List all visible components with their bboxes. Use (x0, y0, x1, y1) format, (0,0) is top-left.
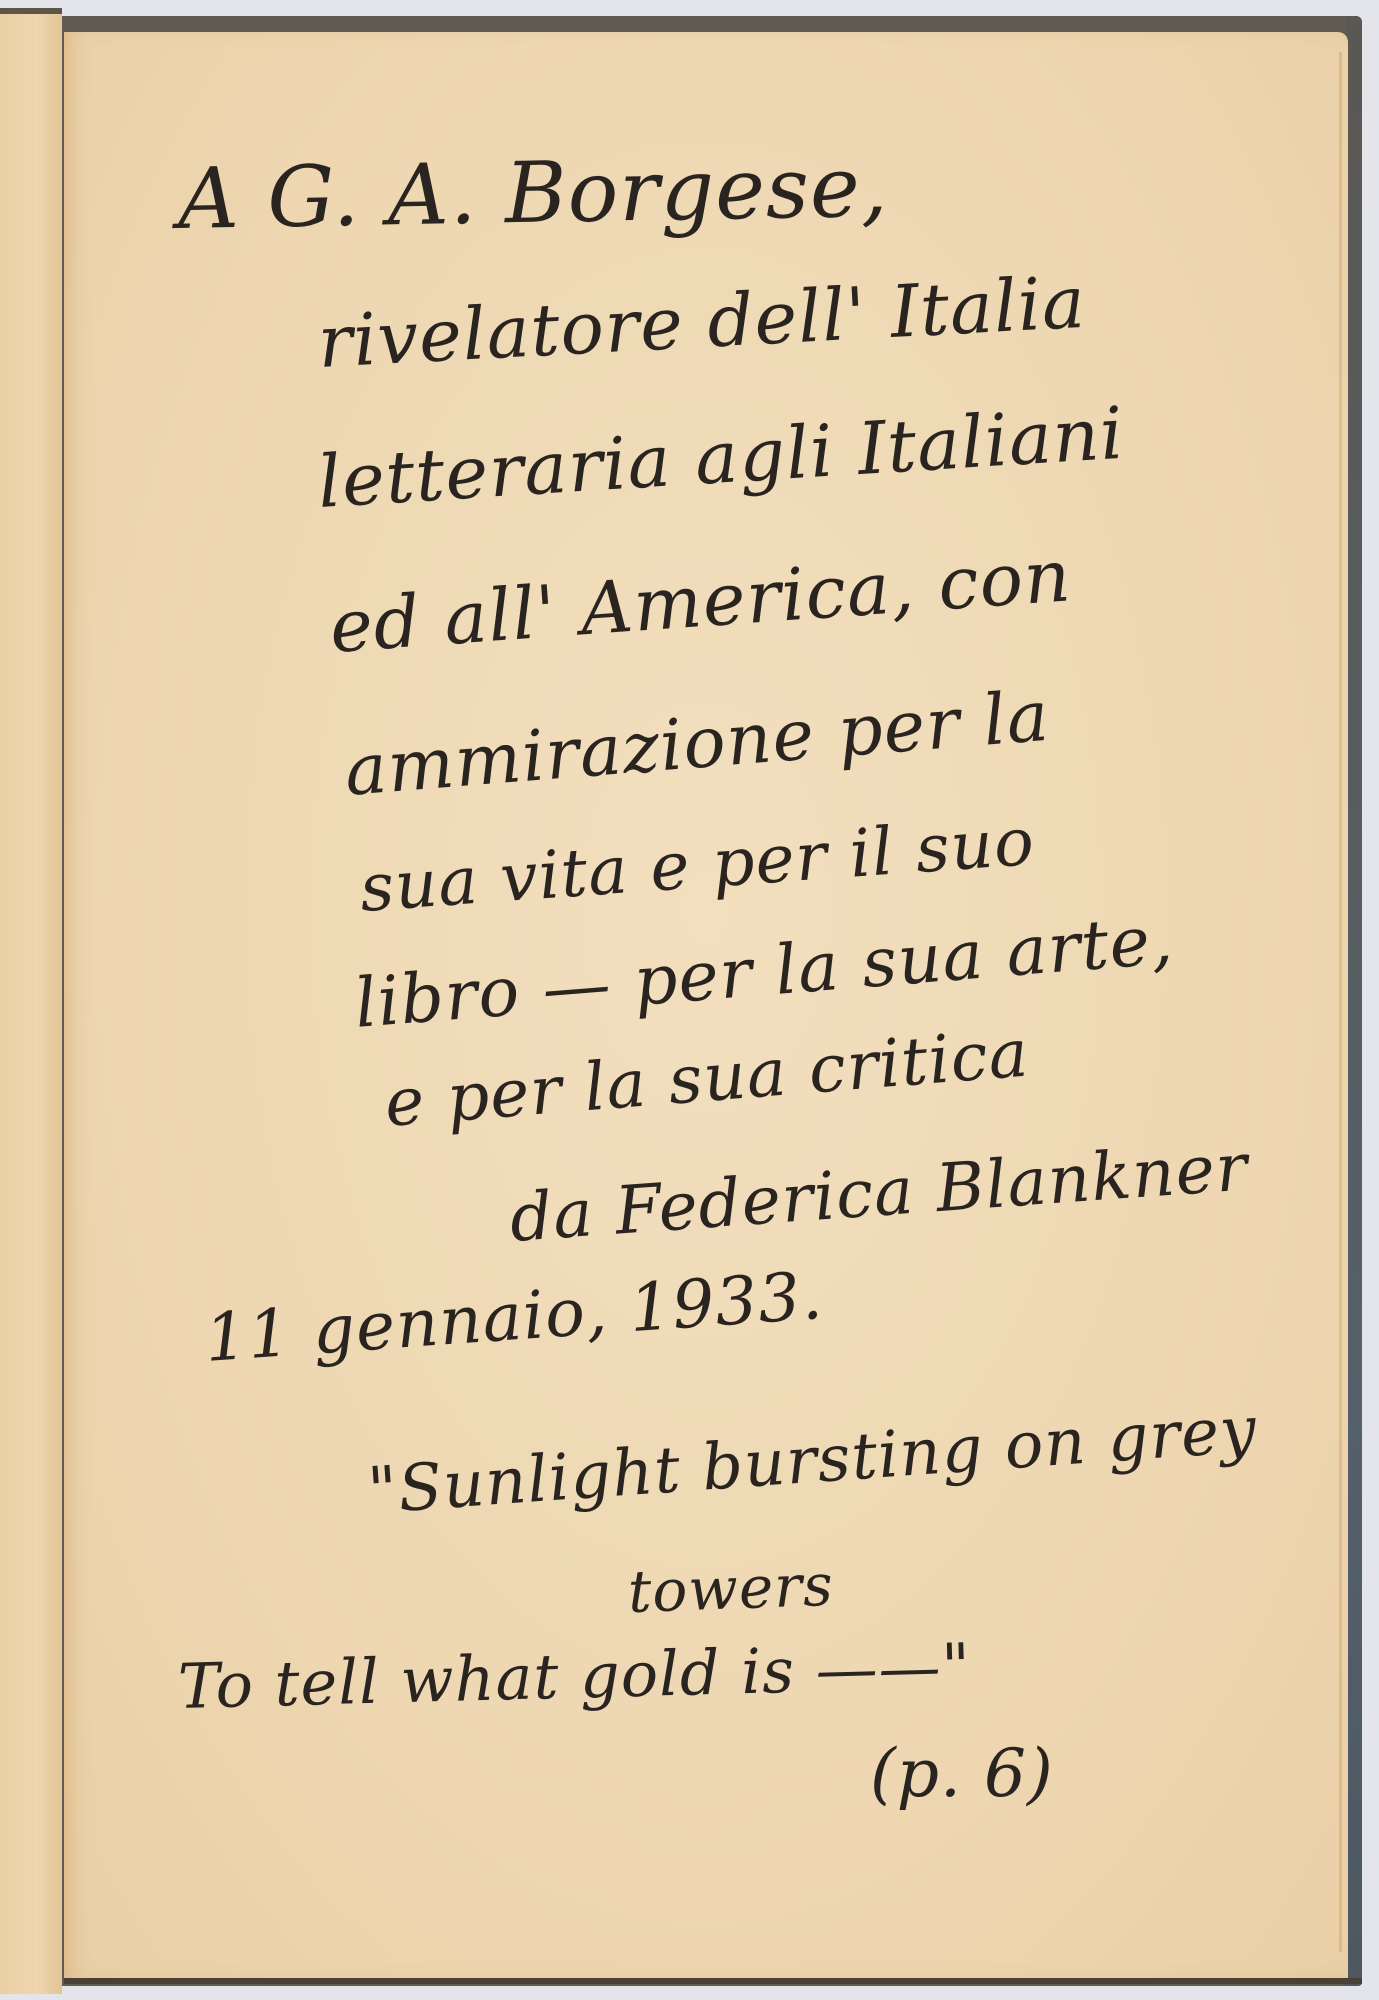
page-bottom-edge (64, 1978, 1362, 1984)
cover-cloth-edge (1346, 16, 1362, 1986)
inscription-page-reference: (p. 6) (870, 1735, 1054, 1812)
scanned-book-page: A G. A. Borgese, rivelatore dell' Italia… (0, 0, 1379, 2000)
inscription-line-salutation: A G. A. Borgese, (177, 138, 889, 248)
facing-page-edge (0, 8, 62, 1994)
inscription-quote-line: towers (627, 1551, 835, 1626)
